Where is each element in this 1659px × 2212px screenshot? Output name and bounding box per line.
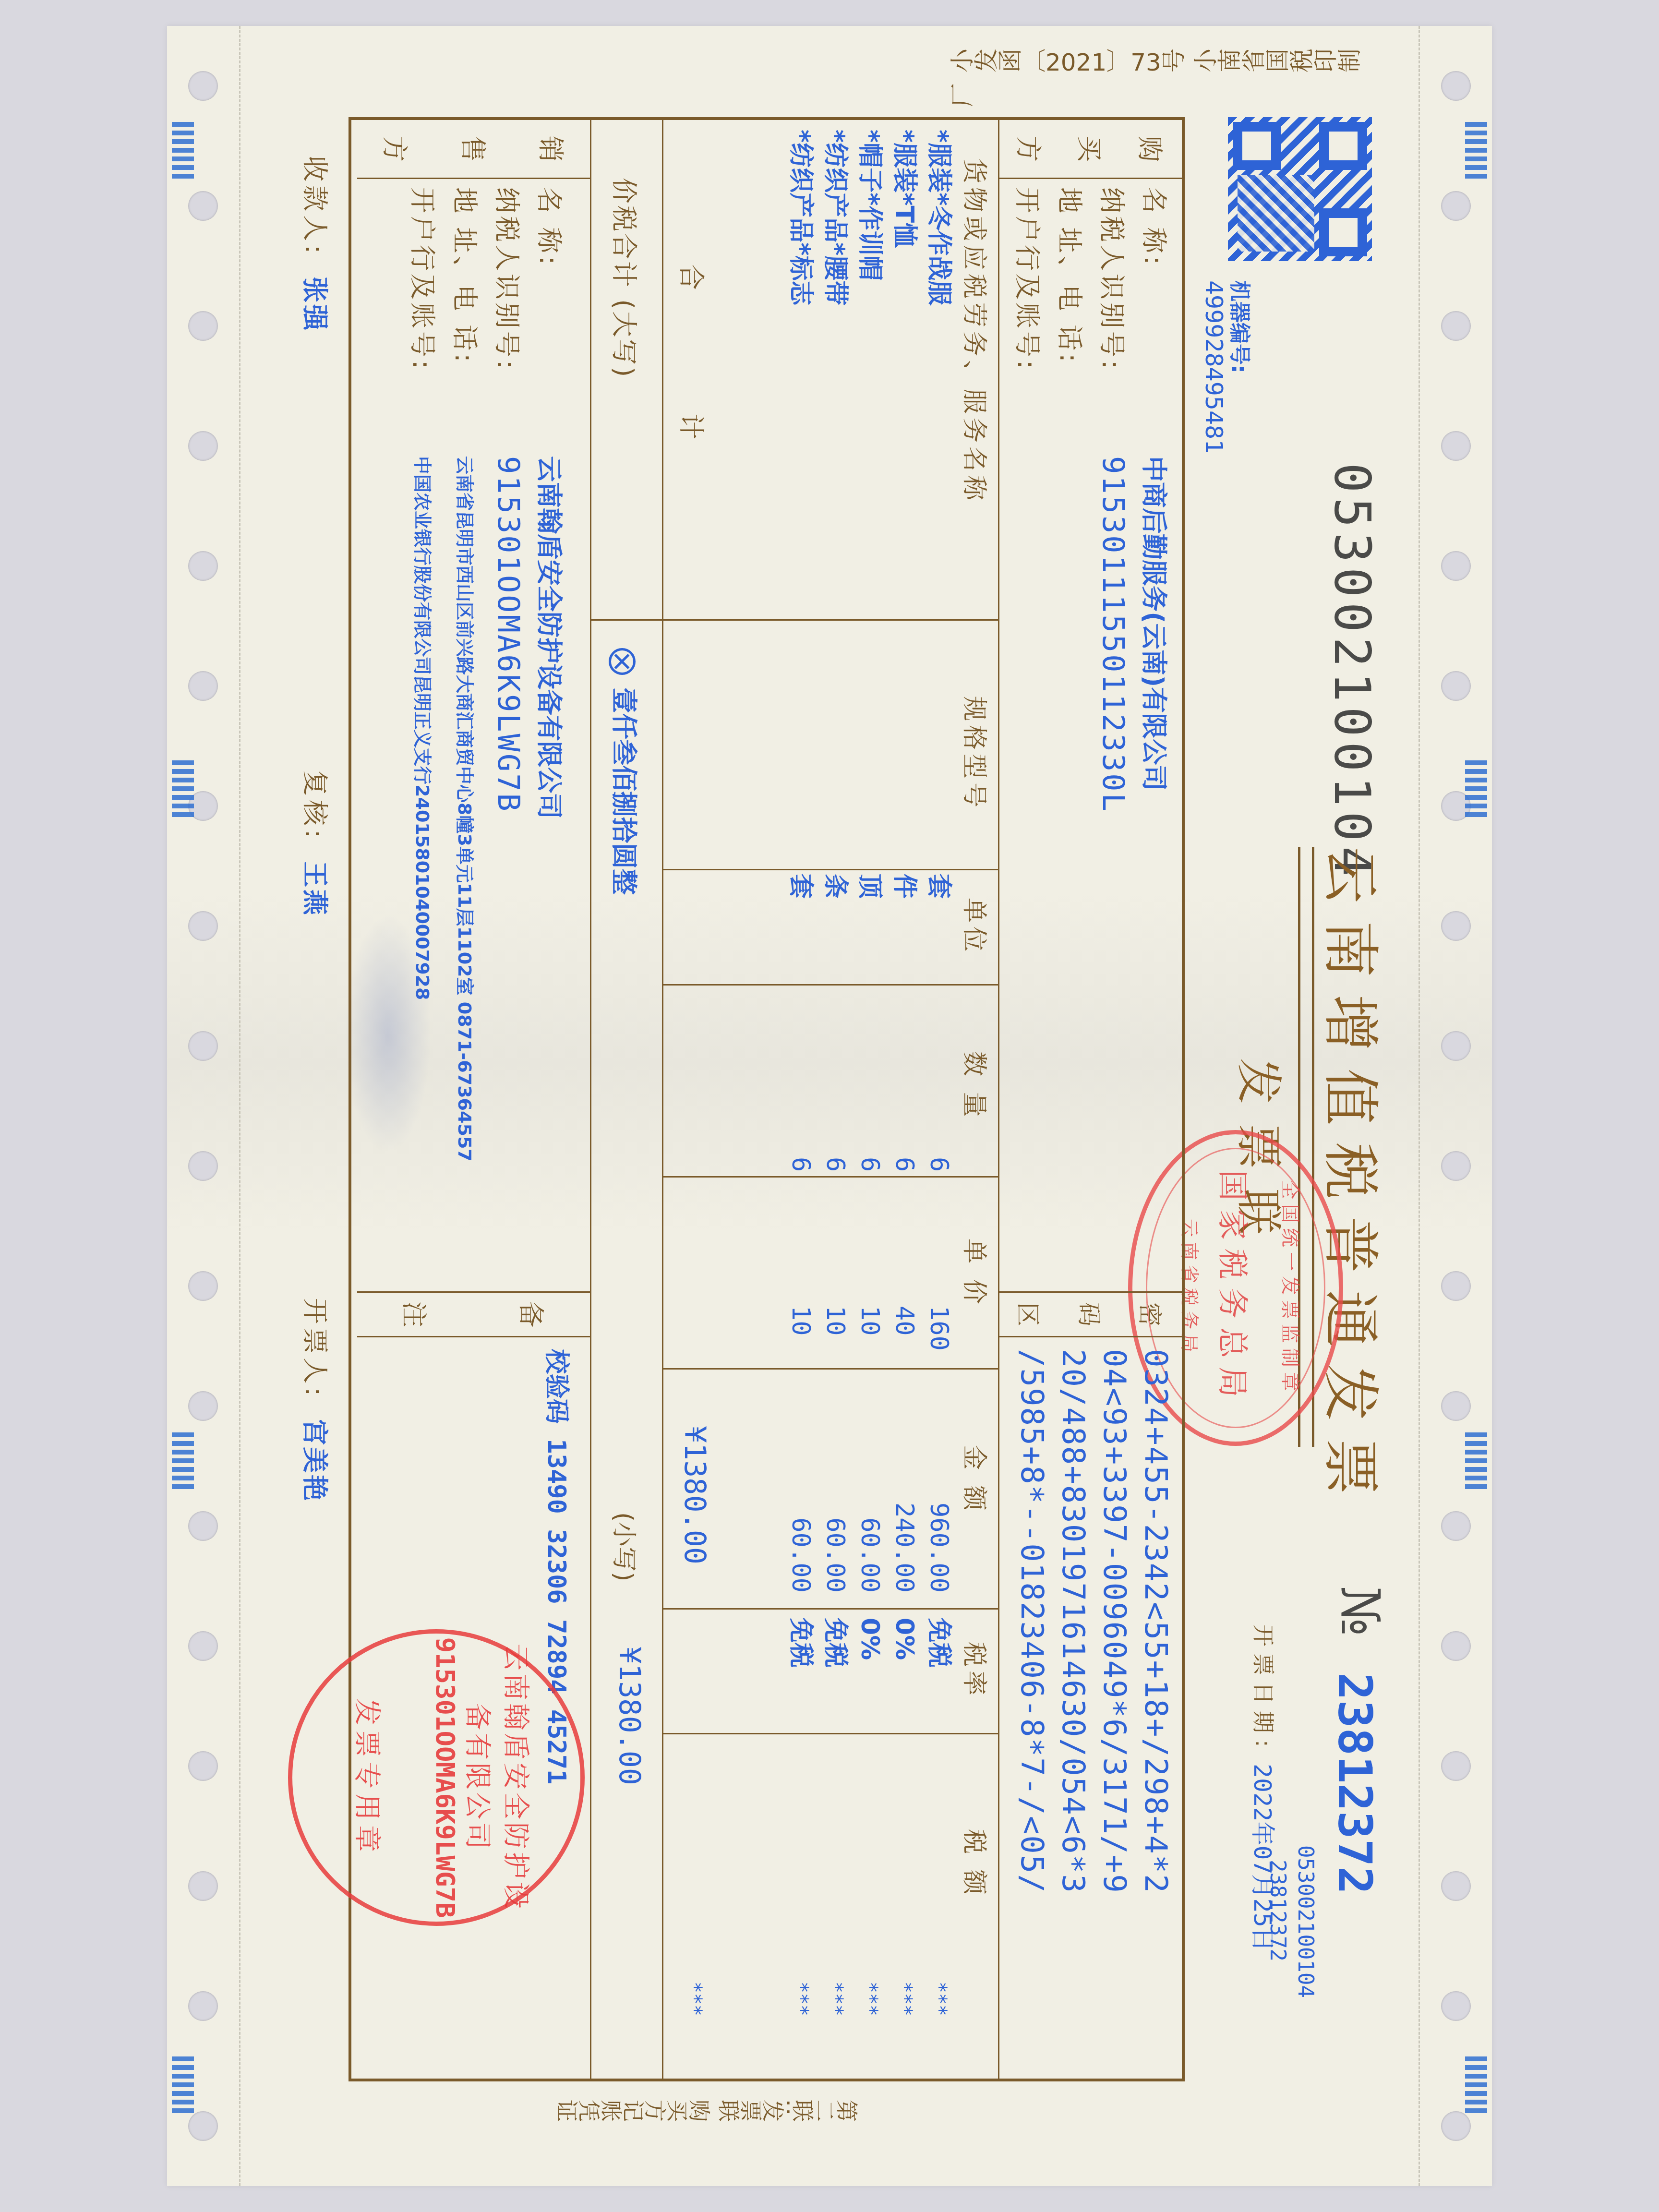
buyer-bank-label: 开户行及账号: bbox=[1011, 187, 1048, 456]
feed-hole bbox=[188, 671, 218, 701]
item-name: *服装*T恤 bbox=[887, 130, 922, 305]
buyer-address-row: 地 址、电 话: bbox=[1050, 187, 1093, 813]
circle-x-icon bbox=[609, 648, 636, 675]
item-tax: *** bbox=[818, 1983, 853, 2017]
seller-side-label: 销 售 方 bbox=[357, 120, 591, 179]
feed-hole bbox=[188, 311, 218, 341]
feed-hole bbox=[188, 1631, 218, 1661]
item-rate: 0% bbox=[887, 1618, 922, 1668]
reviewer-signature: 复核:王燕 bbox=[298, 770, 335, 917]
feed-barcode-mark bbox=[172, 760, 194, 818]
cipher-side-label: 密 码 区 bbox=[999, 1291, 1182, 1337]
feed-hole bbox=[188, 911, 218, 941]
tractor-holes-bottom bbox=[167, 26, 239, 2186]
issuer-signature: 开票人:宫美艳 bbox=[298, 1298, 335, 1503]
buyer-taxid-row: 纳税人识别号: 91530111550112330L bbox=[1093, 187, 1135, 813]
label-char: 区 bbox=[1012, 1302, 1047, 1326]
label-char: 备 bbox=[515, 1301, 552, 1327]
label-char: 密 bbox=[1134, 1302, 1169, 1326]
item-price: 40 bbox=[887, 1306, 922, 1351]
item-unit: 件 bbox=[887, 874, 922, 899]
remarks-side-label: 备 注 bbox=[357, 1291, 591, 1337]
item-qty: 6 bbox=[922, 1157, 956, 1172]
feed-hole bbox=[188, 431, 218, 461]
feed-barcode-mark bbox=[1465, 2056, 1487, 2114]
machine-number: 499928495481 bbox=[1200, 280, 1228, 454]
item-prices: 160 40 10 10 10 bbox=[783, 1306, 956, 1351]
item-amount: 60.00 bbox=[783, 1503, 818, 1593]
item-tax: *** bbox=[887, 1983, 922, 2017]
invoice-code: 053002100104 bbox=[1323, 463, 1382, 881]
item-rate: 免税 bbox=[783, 1618, 818, 1668]
total-label: 合 计 bbox=[674, 264, 711, 497]
feed-hole bbox=[188, 71, 218, 101]
printed-invoice-code: 053002100104 bbox=[1291, 1845, 1319, 1998]
feed-hole bbox=[188, 1031, 218, 1061]
item-unit: 套 bbox=[922, 874, 956, 899]
feed-hole bbox=[188, 1751, 218, 1781]
invoice-number: 23812372 bbox=[1328, 1672, 1382, 1894]
feed-barcode-mark bbox=[1465, 1432, 1487, 1490]
item-qtys: 6 6 6 6 6 bbox=[783, 1157, 956, 1172]
item-amount: 960.00 bbox=[922, 1503, 956, 1593]
item-tax: *** bbox=[783, 1983, 818, 2017]
item-amount: 240.00 bbox=[887, 1503, 922, 1593]
feed-hole bbox=[1441, 671, 1471, 701]
item-price: 10 bbox=[853, 1306, 887, 1351]
seller-address-label: 地 址、电 话: bbox=[448, 187, 485, 456]
reviewer-name: 王燕 bbox=[300, 861, 330, 917]
label-char: 买 bbox=[1072, 136, 1109, 162]
header-rate: 税率 bbox=[959, 1642, 995, 1699]
small-figure-label: (小写) bbox=[608, 1512, 644, 1582]
perforation-bottom bbox=[239, 26, 240, 2186]
buyer-taxid-label: 纳税人识别号: bbox=[1095, 187, 1132, 456]
item-names: *服装*冬作战服 *服装*T恤 *帽子*作训帽 *纺织产品*腰带 *纺织产品*标… bbox=[783, 130, 956, 305]
header-item-name: 货物或应税劳务、服务名称 bbox=[959, 158, 995, 504]
col-qty bbox=[663, 984, 999, 1178]
buyer-name: 中商后勤服务(云南)有限公司 bbox=[1138, 456, 1175, 791]
stamp-middle-text: 国家税务总局 bbox=[1213, 1134, 1257, 1442]
cipher-block: 0324+455-2342<55+18+/298+4*2 04<93+3397-… bbox=[1011, 1349, 1176, 1894]
grand-total-words: 壹仟叁佰捌拾圆整 bbox=[607, 648, 644, 895]
feed-barcode-mark bbox=[172, 1432, 194, 1490]
perforation-top bbox=[1419, 26, 1420, 2186]
stamp-top-text: 全国统一发票监制章 bbox=[1278, 1134, 1305, 1442]
item-tax: *** bbox=[922, 1983, 956, 2017]
label-char: 销 bbox=[534, 136, 571, 162]
issuer-label: 开票人: bbox=[300, 1298, 330, 1400]
label-char: 方 bbox=[378, 136, 415, 162]
item-unit: 顶 bbox=[853, 874, 887, 899]
feed-hole bbox=[1441, 1871, 1471, 1901]
seller-address-row: 地 址、电 话: 云南省昆明市西山区前兴路大商汇商贸中心8幢3单元11层1102… bbox=[445, 187, 488, 1162]
items-section: 货物或应税劳务、服务名称 规格型号 单位 数 量 单 价 金 额 税率 税 额 … bbox=[662, 120, 999, 2079]
grand-total-figures: ¥1380.00 bbox=[613, 1647, 646, 1785]
feed-hole bbox=[1441, 311, 1471, 341]
item-name: *服装*冬作战服 bbox=[922, 130, 956, 305]
feed-hole bbox=[188, 1391, 218, 1421]
feed-hole bbox=[1441, 911, 1471, 941]
buyer-name-row: 名 称: 中商后勤服务(云南)有限公司 bbox=[1135, 187, 1177, 813]
header-unit: 单位 bbox=[959, 898, 995, 955]
buyer-address-label: 地 址、电 话: bbox=[1053, 187, 1090, 456]
ink-smudge bbox=[345, 914, 431, 1154]
feed-hole bbox=[188, 1871, 218, 1901]
item-amount: 60.00 bbox=[853, 1503, 887, 1593]
item-name: *纺织产品*标志 bbox=[783, 130, 818, 305]
feed-hole bbox=[1441, 1631, 1471, 1661]
copy-note: 第二联:发票联 购买方记账凭证 bbox=[557, 2095, 858, 2124]
item-taxes: *** *** *** *** *** bbox=[783, 1983, 956, 2017]
label-char: 方 bbox=[1011, 136, 1048, 162]
cipher-line: 20/488+8301971614630/054<6*3 bbox=[1052, 1349, 1094, 1894]
feed-hole bbox=[188, 1991, 218, 2021]
cipher-line: 04<93+3397-0096049*6/3171/+9 bbox=[1094, 1349, 1135, 1894]
item-rate: 0% bbox=[853, 1618, 887, 1668]
feed-hole bbox=[1441, 1271, 1471, 1301]
seller-name-row: 名 称: 云南翰盾安全防护设备有限公司 bbox=[530, 187, 572, 1162]
item-rate: 免税 bbox=[818, 1618, 853, 1668]
item-qty: 6 bbox=[853, 1157, 887, 1172]
feed-barcode-mark bbox=[1465, 122, 1487, 180]
printer-note: 小发函〔2021〕73号 小南省国税印制厂 bbox=[950, 45, 1382, 74]
feed-hole bbox=[188, 2111, 218, 2141]
feed-hole bbox=[188, 1511, 218, 1541]
stamp-seal-text: 发票专用章 bbox=[350, 1634, 388, 1922]
feed-hole bbox=[1441, 551, 1471, 581]
buyer-side-label: 购 买 方 bbox=[999, 120, 1182, 179]
grand-total-label: 价税合计 (大写) bbox=[607, 178, 644, 379]
feed-hole bbox=[188, 1151, 218, 1181]
item-qty: 6 bbox=[818, 1157, 853, 1172]
item-unit: 条 bbox=[818, 874, 853, 899]
feed-hole bbox=[1441, 1751, 1471, 1781]
payee-signature: 收款人:张强 bbox=[298, 156, 335, 332]
reviewer-label: 复核: bbox=[300, 770, 330, 842]
buyer-bank-row: 开户行及账号: bbox=[1008, 187, 1050, 813]
col-spec bbox=[663, 619, 999, 870]
qr-code bbox=[1228, 117, 1372, 261]
item-units: 套 件 顶 条 套 bbox=[783, 874, 956, 899]
item-rates: 免税 0% 0% 免税 免税 bbox=[783, 1618, 956, 1668]
issue-date-label: 开票日期: bbox=[1249, 1624, 1281, 1754]
invoice-body: 机器编号: 499928495481 053002100104 云南增值税普通发… bbox=[249, 98, 1410, 2114]
feed-hole bbox=[1441, 1391, 1471, 1421]
qr-code-modules bbox=[1238, 175, 1314, 252]
label-char: 售 bbox=[456, 136, 493, 162]
invoice-paper: 机器编号: 499928495481 053002100104 云南增值税普通发… bbox=[167, 26, 1492, 2186]
feed-hole bbox=[188, 551, 218, 581]
header-qty: 数 量 bbox=[959, 1051, 995, 1121]
seller-name: 云南翰盾安全防护设备有限公司 bbox=[533, 456, 570, 819]
header-amount: 金 额 bbox=[959, 1445, 995, 1515]
machine-number-label: 机器编号: bbox=[1226, 280, 1257, 373]
feed-hole bbox=[188, 1271, 218, 1301]
label-char: 注 bbox=[397, 1301, 434, 1327]
item-amounts: 960.00 240.00 60.00 60.00 60.00 bbox=[783, 1503, 956, 1593]
stamp-tax-id: 915301OOMA6K9LWG7B bbox=[430, 1634, 460, 1922]
feed-barcode-mark bbox=[172, 122, 194, 180]
seller-name-label: 名 称: bbox=[533, 187, 570, 456]
payee-label: 收款人: bbox=[300, 156, 330, 257]
feed-hole bbox=[1441, 2111, 1471, 2141]
feed-hole bbox=[1441, 1511, 1471, 1541]
buyer-fields: 名 称: 中商后勤服务(云南)有限公司 纳税人识别号: 915301115501… bbox=[1008, 187, 1177, 813]
item-name: *纺织产品*腰带 bbox=[818, 130, 853, 305]
cipher-line: /5985+8*--01823406-8*7-/<05/ bbox=[1011, 1349, 1052, 1894]
cipher-line: 0324+455-2342<55+18+/298+4*2 bbox=[1135, 1349, 1176, 1894]
feed-hole bbox=[1441, 1151, 1471, 1181]
seller-address: 云南省昆明市西山区前兴路大商汇商贸中心8幢3单元11层1102室 0871-67… bbox=[454, 456, 480, 1162]
feed-hole bbox=[1441, 1031, 1471, 1061]
buyer-name-label: 名 称: bbox=[1138, 187, 1175, 456]
number-sign: № bbox=[1330, 1586, 1391, 1636]
feed-hole bbox=[1441, 1991, 1471, 2021]
total-amount: ¥1380.00 bbox=[678, 1426, 711, 1564]
feed-hole bbox=[188, 191, 218, 221]
label-char: 码 bbox=[1073, 1302, 1108, 1326]
item-unit: 套 bbox=[783, 874, 818, 899]
item-tax: *** bbox=[853, 1983, 887, 2017]
item-price: 10 bbox=[783, 1306, 818, 1351]
issuer-name: 宫美艳 bbox=[300, 1419, 330, 1503]
seller-taxid-row: 纳税人识别号: 915301OOMA6K9LWG7B bbox=[488, 187, 530, 1162]
feed-hole bbox=[1441, 431, 1471, 461]
item-amount: 60.00 bbox=[818, 1503, 853, 1593]
item-rate: 免税 bbox=[922, 1618, 956, 1668]
payee-name: 张强 bbox=[300, 276, 330, 332]
header-price: 单 价 bbox=[959, 1238, 995, 1308]
header-tax: 税 额 bbox=[959, 1829, 995, 1899]
header-spec: 规格型号 bbox=[959, 696, 995, 811]
issue-date: 2022年07月25日 bbox=[1247, 1764, 1282, 1951]
item-name: *帽子*作训帽 bbox=[853, 130, 887, 305]
item-price: 10 bbox=[818, 1306, 853, 1351]
tractor-holes-top bbox=[1420, 26, 1492, 2186]
stamp-company-name: 云南翰盾安全防护设备有限公司 bbox=[460, 1634, 537, 1922]
feed-barcode-mark bbox=[172, 2056, 194, 2114]
feed-barcode-mark bbox=[1465, 760, 1487, 818]
total-tax: *** bbox=[677, 1983, 711, 2017]
feed-hole bbox=[1441, 71, 1471, 101]
invoice-title: 云南增值税普通发票 bbox=[1314, 847, 1396, 1512]
seller-taxid: 915301OOMA6K9LWG7B bbox=[492, 456, 527, 813]
item-qty: 6 bbox=[783, 1157, 818, 1172]
label-char: 购 bbox=[1133, 136, 1170, 162]
seller-taxid-label: 纳税人识别号: bbox=[491, 187, 528, 456]
item-qty: 6 bbox=[887, 1157, 922, 1172]
grand-total-section: 价税合计 (大写) 壹仟叁佰捌拾圆整 (小写) ¥1380.00 bbox=[590, 120, 663, 2079]
buyer-taxid: 91530111550112330L bbox=[1096, 456, 1131, 813]
amount-in-words: 壹仟叁佰捌拾圆整 bbox=[609, 687, 639, 895]
buyer-section: 购 买 方 名 称: 中商后勤服务(云南)有限公司 纳税人识别号: 915301… bbox=[998, 120, 1182, 2079]
item-price: 160 bbox=[922, 1306, 956, 1351]
seller-invoice-stamp: 云南翰盾安全防护设备有限公司 915301OOMA6K9LWG7B 发票专用章 bbox=[288, 1629, 585, 1926]
seller-bank-label: 开户行及账号: bbox=[406, 187, 443, 456]
feed-hole bbox=[1441, 191, 1471, 221]
